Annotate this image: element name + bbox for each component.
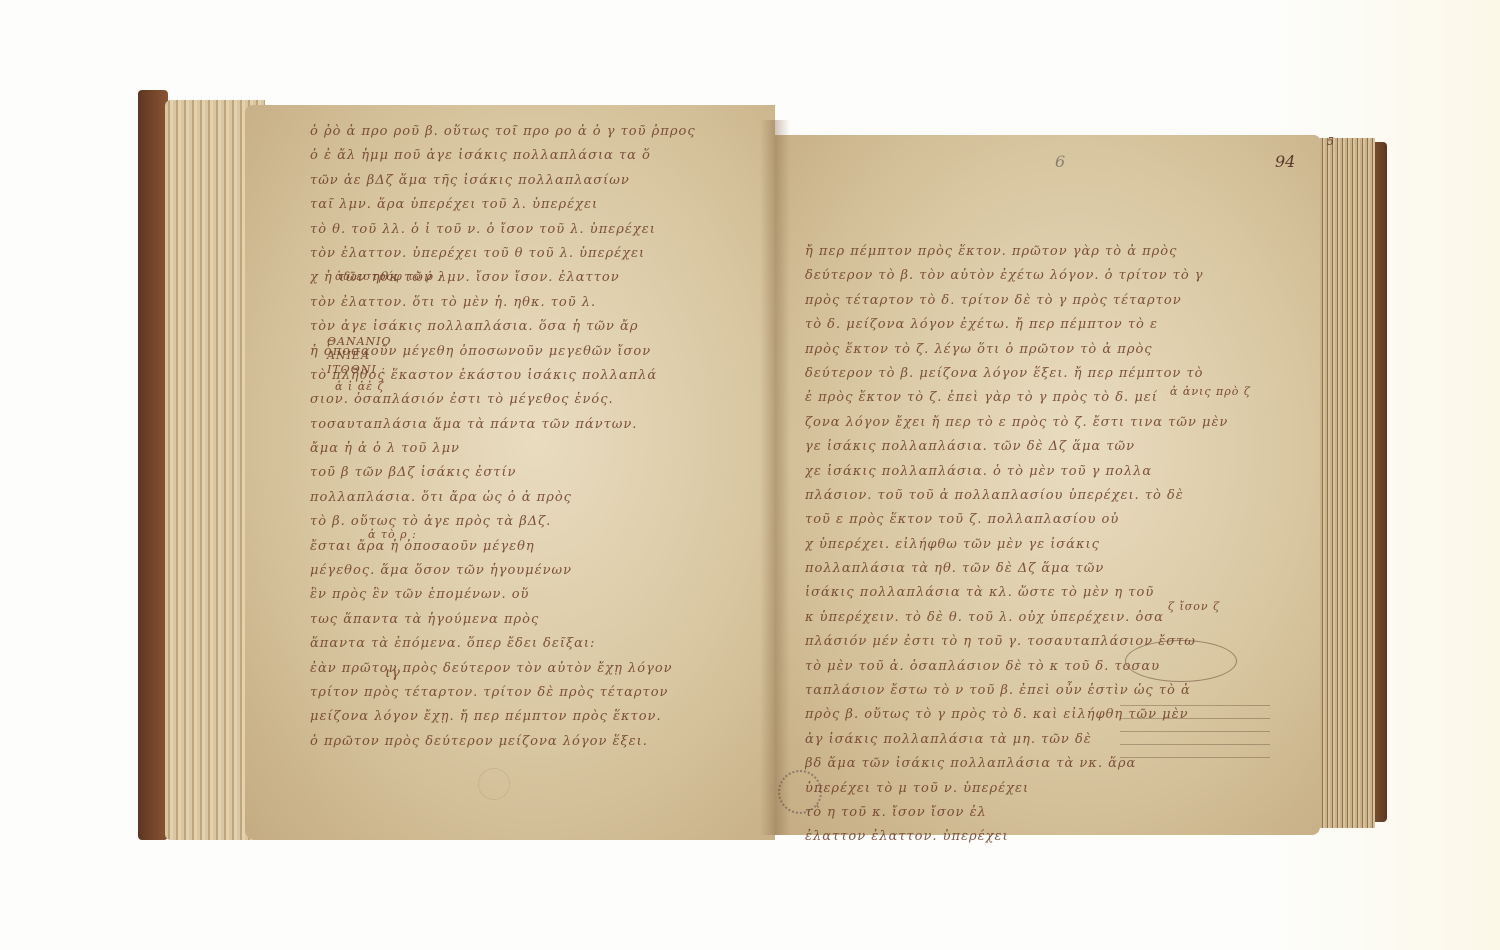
text-line: πλάσιον. τοῦ τοῦ ἀ πολλαπλασίου ὑπερέχει… — [805, 484, 1228, 508]
text-line: βδ ἅμα τῶν ἰσάκις πολλαπλάσια τὰ νκ. ἅρα — [805, 752, 1228, 776]
text-line: δεύτερον τὸ β. τὸν αὐτὸν ἐχέτω λόγον. ὁ … — [805, 264, 1228, 288]
folio-ink-number: 94 — [1275, 152, 1295, 171]
text-line: τὸ δ. μείζονα λόγον ἐχέτω. ἤ περ πέμπτον… — [805, 313, 1228, 337]
text-line: πρὸς τέταρτον τὸ δ. τρίτον δὲ τὸ γ πρὸς … — [805, 289, 1228, 313]
text-line: ὑπερέχει τὸ μ τοῦ ν. ὑπερέχει — [805, 777, 1228, 801]
text-line: τὸν ἐλαττον. ὑπερέχει τοῦ θ τοῦ λ. ὑπερέ… — [310, 242, 696, 266]
left-cover — [138, 90, 168, 840]
text-line: πλάσιόν μέν ἐστι τὸ η τοῦ γ. τοσαυταπλάσ… — [805, 630, 1228, 654]
text-line: τῶν ἀε βΔζ ἅμα τῆς ἰσάκις πολλαπλασίων — [310, 169, 696, 193]
text-line: τὸ πλῆθος ἕκαστον ἑκάστου ἰσάκις πολλαπλ… — [310, 364, 696, 388]
text-line: τοῦ ε πρὸς ἕκτον τοῦ ζ. πολλαπλασίου οὐ — [805, 508, 1228, 532]
text-line: τως ἅπαντα τὰ ἡγούμενα πρὸς — [310, 608, 696, 632]
text-line: χ ἡ τῶν ηθκ τῶν λμν. ἴσον ἴσον. ἐλαττον — [310, 266, 696, 290]
text-line: πολλαπλάσια. ὅτι ἄρα ὡς ὁ ἀ πρὸς — [310, 486, 696, 510]
text-line: πρὸς β. οὕτως τὸ γ πρὸς τὸ δ. καὶ εἰλήφθ… — [805, 703, 1228, 727]
gutter — [760, 120, 790, 835]
text-line: ἔσται ἄρα ἡ ὁποσαοῦν μέγεθη — [310, 535, 696, 559]
text-line: μείζονα λόγον ἔχῃ. ἤ περ πέμπτον πρὸς ἕκ… — [310, 705, 696, 729]
text-line: ζονα λόγον ἔχει ἤ περ τὸ ε πρὸς τὸ ζ. ἔσ… — [805, 411, 1228, 435]
text-line: μέγεθος. ἅμα ὅσον τῶν ἡγουμένων — [310, 559, 696, 583]
right-page-text: ἤ περ πέμπτον πρὸς ἕκτον. πρῶτον γὰρ τὸ … — [805, 240, 1228, 850]
library-stamp-icon — [778, 770, 822, 814]
text-line: ἐ πρὸς ἕκτον τὸ ζ. ἐπεὶ γὰρ τὸ γ πρὸς τὸ… — [805, 386, 1228, 410]
faint-stamp-offset-icon — [478, 768, 510, 800]
text-line: τρίτον πρὸς τέταρτον. τρίτον δὲ πρὸς τέτ… — [310, 681, 696, 705]
text-line: τὸ η τοῦ κ. ἴσον ἴσον ἐλ — [805, 801, 1228, 825]
folio-edge-number: 5 — [1327, 135, 1334, 148]
text-line: τὸν ἐλαττον. ὅτι τὸ μὲν ἡ. ηθκ. τοῦ λ. — [310, 291, 696, 315]
text-line: ὁ ἐ ἄλ ἡμμ ποῦ ἀγε ἰσάκις πολλαπλάσια τα… — [310, 144, 696, 168]
text-line: τὸν ἀγε ἰσάκις πολλαπλάσια. ὅσα ἡ τῶν ἄρ — [310, 315, 696, 339]
right-page-edges — [1315, 138, 1375, 828]
text-line: ἤ περ πέμπτον πρὸς ἕκτον. πρῶτον γὰρ τὸ … — [805, 240, 1228, 264]
text-line: ταπλάσιον ἔστω τὸ ν τοῦ β. ἐπεὶ οὖν ἐστὶ… — [805, 679, 1228, 703]
text-line: τοῦ β τῶν βΔζ ἰσάκις ἐστίν — [310, 461, 696, 485]
text-line: κ ὑπερέχειν. τὸ δὲ θ. τοῦ λ. οὐχ ὑπερέχε… — [805, 606, 1228, 630]
left-page-text: ὁ ῥὸ ἀ προ ροῦ β. οὕτως τοῖ προ ρο ἀ ὁ γ… — [310, 120, 696, 754]
text-line: γε ἰσάκις πολλαπλάσια. τῶν δὲ Δζ ἅμα τῶν — [805, 435, 1228, 459]
text-line: τὸ β. οὕτως τὸ ἀγε πρὸς τὰ βΔζ. — [310, 510, 696, 534]
text-line: χε ἰσάκις πολλαπλάσια. ὁ τὸ μὲν τοῦ γ πο… — [805, 460, 1228, 484]
text-line: τὸ μὲν τοῦ ἀ. ὁσαπλάσιον δὲ τὸ κ τοῦ δ. … — [805, 655, 1228, 679]
text-line: ὁ πρῶτον πρὸς δεύτερον μείζονα λόγον ἕξε… — [310, 730, 696, 754]
text-line: ταῖ λμν. ἅρα ὑπερέχει τοῦ λ. ὑπερέχει — [310, 193, 696, 217]
text-line: πολλαπλάσια τὰ ηθ. τῶν δὲ Δζ ἅμα τῶν — [805, 557, 1228, 581]
text-line: χ ὑπερέχει. εἰλήφθω τῶν μὲν γε ἰσάκις — [805, 533, 1228, 557]
folio-pencil-number: 6 — [1055, 152, 1065, 171]
text-line: ἐὰν πρῶτον πρὸς δεύτερον τὸν αὐτὸν ἔχῃ λ… — [310, 657, 696, 681]
text-line: ἓν πρὸς ἓν τῶν ἑπομένων. οὕ — [310, 583, 696, 607]
text-line: τοσαυταπλάσια ἅμα τὰ πάντα τῶν πάντων. — [310, 413, 696, 437]
text-line: ἐλαττον ἐλαττον. ὑπερέχει — [805, 825, 1228, 849]
text-line: ὁ ῥὸ ἀ προ ροῦ β. οὕτως τοῖ προ ρο ἀ ὁ γ… — [310, 120, 696, 144]
text-line: ἀγ ἰσάκις πολλαπλάσια τὰ μη. τῶν δὲ — [805, 728, 1228, 752]
text-line: σιον. ὁσαπλάσιόν ἐστι τὸ μέγεθος ἑνός. — [310, 388, 696, 412]
text-line: ἰσάκις πολλαπλάσια τὰ κλ. ὥστε τὸ μὲν η … — [805, 581, 1228, 605]
text-line: ἡ ὁποσαοῦν μέγεθη ὁποσωνοῦν μεγεθῶν ἴσον — [310, 340, 696, 364]
text-line: δεύτερον τὸ β. μείζονα λόγον ἕξει. ἤ περ… — [805, 362, 1228, 386]
text-line: τὸ θ. τοῦ λλ. ὁ ἰ τοῦ ν. ὁ ἴσον τοῦ λ. ὑ… — [310, 218, 696, 242]
text-line: πρὸς ἕκτον τὸ ζ. λέγω ὅτι ὁ πρῶτον τὸ ἀ … — [805, 338, 1228, 362]
text-line: ἅπαντα τὰ ἑπόμενα. ὅπερ ἔδει δεῖξαι: — [310, 632, 696, 656]
text-line: ἄμα ἡ ἀ ὁ λ τοῦ λμν — [310, 437, 696, 461]
